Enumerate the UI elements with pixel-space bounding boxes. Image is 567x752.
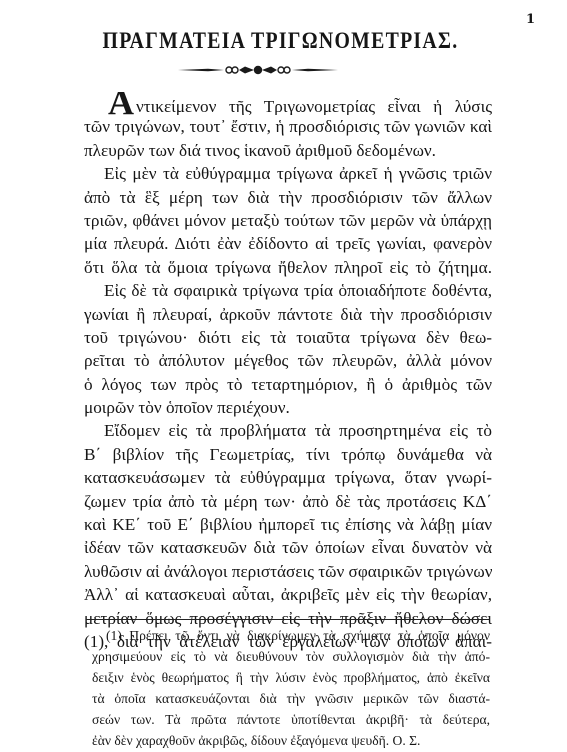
text-line: τριῶν, φθάνει μόνον μεταξὺ τούτων τῶν με… <box>84 209 492 232</box>
footnote-line: δειξιν ἑνὸς θεωρήματος ἢ τὴν λύσιν ἑνὸς … <box>92 667 490 688</box>
footnote-line: τὰ ὁποῖα κατασκευάζονται διὰ τὴν γνῶσιν … <box>92 688 490 709</box>
text-line: ὅτι ὅλα τὰ ὅμοια τρίγωνα ἤθελον πληροῖ ε… <box>84 256 492 279</box>
text-line: ἀπὸ τὰ ἓξ μέρη των διὰ τὴν προσδιόρισιν … <box>84 186 492 209</box>
text-line: τοῦ τριγώνου· διότι εἰς τὰ τοιαῦτα τρίγω… <box>84 326 492 349</box>
text-line: Εἰς δὲ τὰ σφαιρικὰ τρίγωνα τρία ὁποιαδήπ… <box>84 279 492 302</box>
text-line: λυθῶσιν αἱ ἀνάλογοι περιστάσεις τῶν σφαι… <box>84 560 492 583</box>
text-line: ζωμεν τρία ἀπὸ τὰ μέρη των· ἀπὸ δὲ τὰς π… <box>84 490 492 513</box>
paragraph-1-line: Αντικείμενον τῆς Τριγωνομετρίας εἶναι ἡ … <box>84 92 492 115</box>
text-line: ἰδέαν τῶν κατασκευῶν διὰ τῶν ὁποίων εἶνα… <box>84 536 492 559</box>
text-line: ὁ λόγος των πρὸς τὸ τεταρτημόριον, ἢ ὁ ἀ… <box>84 373 492 396</box>
drop-cap: Α <box>108 92 134 115</box>
footnote-line: σεών των. Τὰ πρῶτα πάντοτε ὑποτίθενται ἀ… <box>92 709 490 730</box>
footnote-rule <box>86 619 490 620</box>
footnote-line: ἐὰν δὲν χαραχθοῦν ἀκριβῶς, δίδουν ἐξαγόμ… <box>92 730 490 751</box>
text-line: Β΄ βιβλίον τῆς Γεωμετρίας, τίνι τρόπῳ δυ… <box>84 443 492 466</box>
ornament-divider-icon <box>178 63 338 77</box>
text-line: καὶ ΚΕ΄ τοῦ Ε΄ βιβλίου ἠμπορεῖ τις ἐπίση… <box>84 513 492 536</box>
text-line: πλευρῶν των διά τινος ἱκανοῦ ἀριθμοῦ δεδ… <box>84 139 492 162</box>
text-line: ρεῖται τὸ ἀπόλυτον μέγεθος τῶν πλευρῶν, … <box>84 349 492 372</box>
text-line: μία πλευρά. Διότι ἐὰν ἐδίδοντο αἱ τρεῖς … <box>84 232 492 255</box>
text-line: Εἰς μὲν τὰ εὐθύγραμμα τρίγωνα ἀρκεῖ ἡ γν… <box>84 162 492 185</box>
text-line: Εἴδομεν εἰς τὰ προβλήματα τὰ προσηρτημέν… <box>84 419 492 442</box>
text-line: γωνίαι ἢ πλευραί, ἀρκοῦν πάντοτε διὰ τὴν… <box>84 303 492 326</box>
text-line: μοιρῶν τὸν ὁποῖον περιέχουν. <box>84 396 492 419</box>
page-number: 1 <box>526 12 535 27</box>
page-title: ΠΡΑΓΜΑΤΕΙΑ ΤΡΙΓΩΝΟΜΕΤΡΙΑΣ. <box>37 28 525 54</box>
text-line: τῶν τριγώνων, τουτ᾿ ἔστιν, ἡ προσδιόρισι… <box>84 115 492 138</box>
footnote-line: (1) Πρέπει τῷ ὄντι νὰ διακρίνωμεν τὰ σχή… <box>92 625 490 646</box>
body-text: Αντικείμενον τῆς Τριγωνομετρίας εἶναι ἡ … <box>84 92 492 653</box>
text-line: κατασκευάσωμεν τὰ εὐθύγραμμα τρίγωνα, ὅτ… <box>84 466 492 489</box>
text-line: Ἀλλ᾿ αἱ κατασκευαὶ αὗται, ἀκριβεῖς μὲν ε… <box>84 583 492 606</box>
footnote: (1) Πρέπει τῷ ὄντι νὰ διακρίνωμεν τὰ σχή… <box>92 625 490 751</box>
footnote-line: χρησιμεύουν εἰς τὸ νὰ διευθύνουν τὸν συλ… <box>92 646 490 667</box>
